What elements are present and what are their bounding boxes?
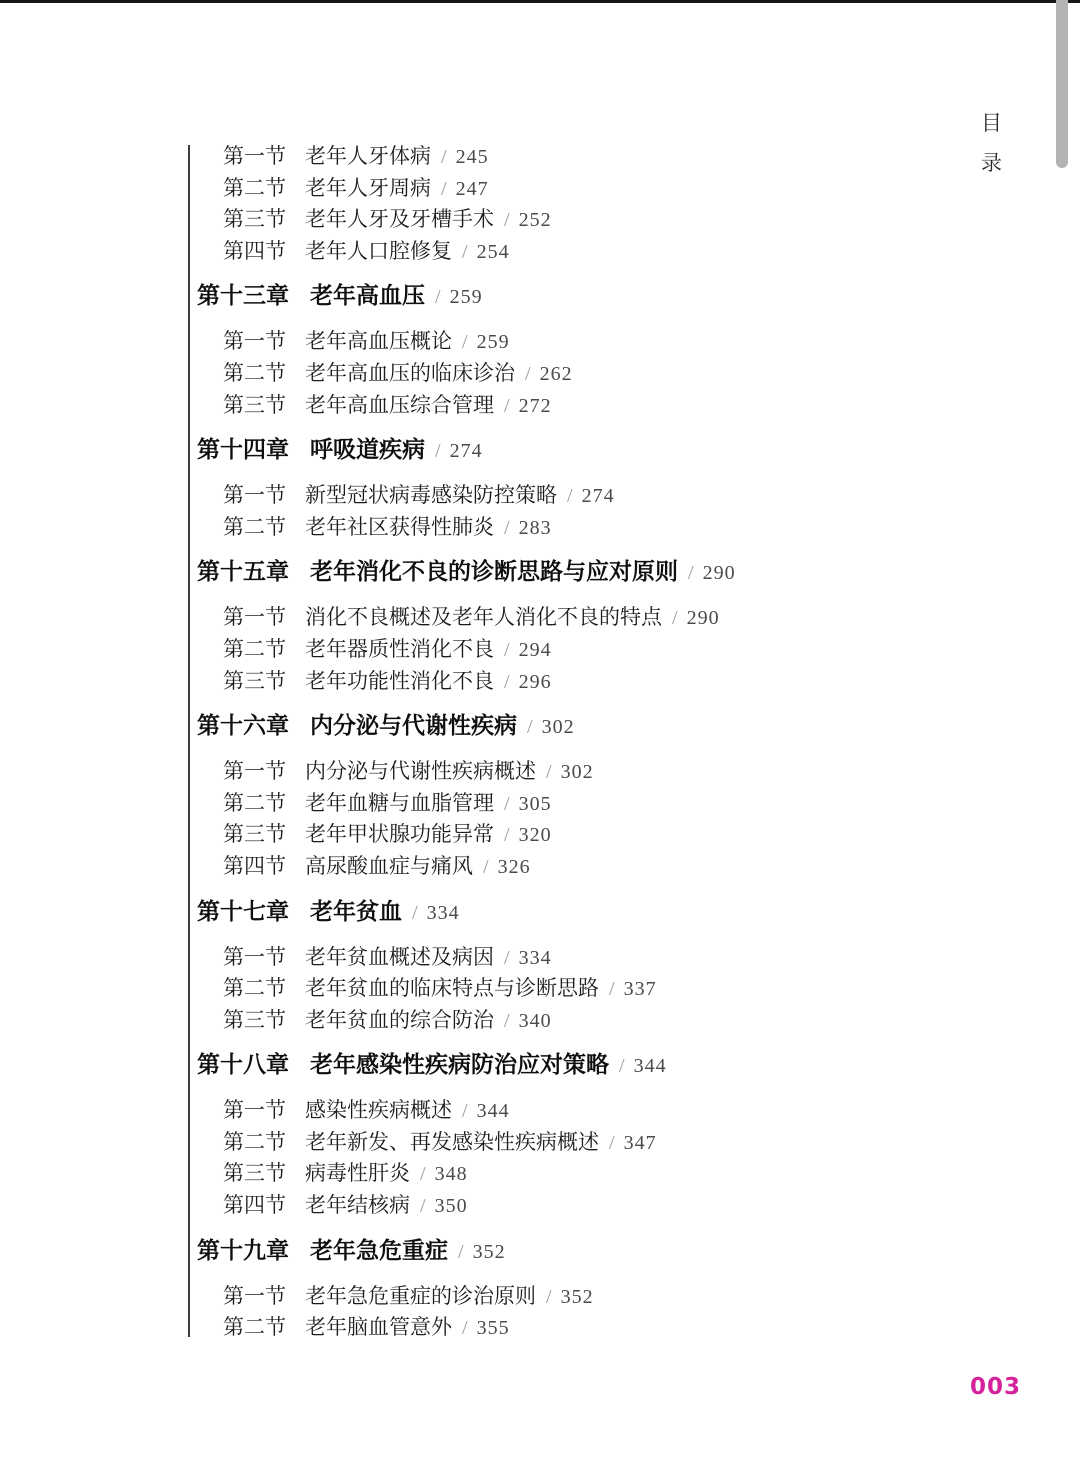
toc-page: 目 录 第一节老年人牙体病/245第二节老年人牙周病/247第三节老年人牙及牙槽… — [0, 0, 1080, 1469]
toc-section-entry[interactable]: 第二节老年脑血管意外/355 — [197, 1312, 877, 1344]
toc-section-page-number: 355 — [477, 1313, 510, 1345]
toc-section-entry[interactable]: 第二节老年人牙周病/247 — [197, 173, 877, 205]
scrollbar-thumb[interactable] — [1056, 0, 1068, 168]
page-separator: / — [504, 391, 510, 423]
page-separator: / — [420, 1159, 426, 1191]
toc-section-title: 高尿酸血症与痛风 — [305, 851, 473, 883]
toc-section-entry[interactable]: 第二节老年新发、再发感染性疾病概述/347 — [197, 1127, 877, 1159]
page-separator: / — [462, 1313, 468, 1345]
toc-section-page-number: 344 — [477, 1096, 510, 1128]
toc-section-label: 第三节 — [223, 390, 305, 422]
toc-chapter-entry[interactable]: 第十五章老年消化不良的诊断思路与应对原则/290 — [197, 556, 877, 588]
toc-section-title: 老年人口腔修复 — [305, 236, 452, 268]
toc-section-page-number: 254 — [477, 237, 510, 269]
toc-section-entry[interactable]: 第一节老年高血压概论/259 — [197, 326, 877, 358]
toc-section-page-number: 305 — [519, 789, 552, 821]
toc-section-entry[interactable]: 第一节感染性疾病概述/344 — [197, 1095, 877, 1127]
toc-chapter-label: 第十五章 — [197, 556, 310, 588]
margin-rule — [188, 145, 190, 1337]
toc-chapter-label: 第十八章 — [197, 1049, 310, 1081]
toc-chapter-entry[interactable]: 第十四章呼吸道疾病/274 — [197, 434, 877, 466]
toc-section-entry[interactable]: 第一节老年贫血概述及病因/334 — [197, 942, 877, 974]
toc-section-label: 第三节 — [223, 1158, 305, 1190]
toc-chapter-title: 老年急危重症 — [310, 1235, 448, 1267]
toc-section-entry[interactable]: 第二节老年高血压的临床诊治/262 — [197, 358, 877, 390]
toc-section-page-number: 274 — [582, 481, 615, 513]
toc-chapter-page-number: 352 — [473, 1236, 506, 1268]
toc-section-label: 第一节 — [223, 1281, 305, 1313]
page-separator: / — [462, 327, 468, 359]
page-separator: / — [504, 635, 510, 667]
toc-section-label: 第二节 — [223, 1127, 305, 1159]
toc-chapter-label: 第十四章 — [197, 434, 310, 466]
toc-section-page-number: 245 — [456, 142, 489, 174]
toc-section-title: 老年贫血概述及病因 — [305, 942, 494, 974]
toc-section-page-number: 302 — [561, 757, 594, 789]
toc-section-label: 第二节 — [223, 173, 305, 205]
page-separator: / — [504, 820, 510, 852]
toc-section-label: 第一节 — [223, 602, 305, 634]
page-separator: / — [672, 603, 678, 635]
page-separator: / — [504, 513, 510, 545]
toc-section-label: 第二节 — [223, 634, 305, 666]
toc-section-title: 病毒性肝炎 — [305, 1158, 410, 1190]
toc-section-label: 第四节 — [223, 236, 305, 268]
toc-section-label: 第三节 — [223, 204, 305, 236]
page-separator: / — [435, 281, 441, 313]
toc-section-label: 第三节 — [223, 819, 305, 851]
page-separator: / — [504, 1006, 510, 1038]
toc-section-entry[interactable]: 第三节老年高血压综合管理/272 — [197, 390, 877, 422]
toc-chapter-entry[interactable]: 第十八章老年感染性疾病防治应对策略/344 — [197, 1049, 877, 1081]
page-separator: / — [504, 205, 510, 237]
toc-chapter-entry[interactable]: 第十三章老年高血压/259 — [197, 280, 877, 312]
page-separator: / — [462, 237, 468, 269]
toc-list: 第一节老年人牙体病/245第二节老年人牙周病/247第三节老年人牙及牙槽手术/2… — [197, 141, 877, 1344]
toc-chapter-title: 内分泌与代谢性疾病 — [310, 710, 517, 742]
toc-chapter-page-number: 302 — [542, 711, 575, 743]
page-separator: / — [527, 711, 533, 743]
toc-section-title: 老年新发、再发感染性疾病概述 — [305, 1127, 599, 1159]
toc-section-entry[interactable]: 第四节老年人口腔修复/254 — [197, 236, 877, 268]
toc-chapter-entry[interactable]: 第十九章老年急危重症/352 — [197, 1235, 877, 1267]
toc-chapter-entry[interactable]: 第十七章老年贫血/334 — [197, 896, 877, 928]
toc-chapter-page-number: 344 — [634, 1050, 667, 1082]
toc-section-entry[interactable]: 第三节老年贫血的综合防治/340 — [197, 1005, 877, 1037]
toc-section-page-number: 247 — [456, 174, 489, 206]
toc-chapter-page-number: 259 — [450, 281, 483, 313]
toc-section-page-number: 290 — [687, 603, 720, 635]
toc-section-entry[interactable]: 第二节老年器质性消化不良/294 — [197, 634, 877, 666]
corner-label-char-1: 目 — [981, 112, 1002, 134]
toc-section-label: 第一节 — [223, 942, 305, 974]
toc-section-page-number: 348 — [435, 1159, 468, 1191]
toc-section-title: 老年贫血的临床特点与诊断思路 — [305, 973, 599, 1005]
page-separator: / — [609, 974, 615, 1006]
toc-section-entry[interactable]: 第一节老年人牙体病/245 — [197, 141, 877, 173]
toc-chapter-label: 第十六章 — [197, 710, 310, 742]
page-separator: / — [412, 897, 418, 929]
toc-section-title: 老年结核病 — [305, 1190, 410, 1222]
page-separator: / — [441, 142, 447, 174]
toc-chapter-title: 老年感染性疾病防治应对策略 — [310, 1049, 609, 1081]
page-separator: / — [688, 557, 694, 589]
toc-section-title: 老年高血压综合管理 — [305, 390, 494, 422]
toc-section-page-number: 296 — [519, 667, 552, 699]
window-top-edge — [0, 0, 1080, 3]
toc-section-label: 第一节 — [223, 480, 305, 512]
toc-section-title: 老年甲状腺功能异常 — [305, 819, 494, 851]
toc-section-page-number: 252 — [519, 205, 552, 237]
toc-section-label: 第二节 — [223, 358, 305, 390]
toc-section-page-number: 334 — [519, 943, 552, 975]
toc-section-page-number: 340 — [519, 1006, 552, 1038]
page-separator: / — [462, 1096, 468, 1128]
toc-section-entry[interactable]: 第二节老年血糖与血脂管理/305 — [197, 788, 877, 820]
page-separator: / — [441, 174, 447, 206]
toc-section-label: 第二节 — [223, 973, 305, 1005]
page-separator: / — [546, 1282, 552, 1314]
toc-section-page-number: 262 — [540, 359, 573, 391]
toc-section-entry[interactable]: 第三节病毒性肝炎/348 — [197, 1158, 877, 1190]
toc-chapter-title: 老年消化不良的诊断思路与应对原则 — [310, 556, 678, 588]
toc-chapter-page-number: 274 — [450, 435, 483, 467]
toc-section-page-number: 347 — [624, 1128, 657, 1160]
toc-section-title: 消化不良概述及老年人消化不良的特点 — [305, 602, 662, 634]
toc-section-label: 第四节 — [223, 851, 305, 883]
toc-section-entry[interactable]: 第四节高尿酸血症与痛风/326 — [197, 851, 877, 883]
toc-section-page-number: 352 — [561, 1282, 594, 1314]
toc-section-page-number: 326 — [498, 852, 531, 884]
toc-section-page-number: 320 — [519, 820, 552, 852]
toc-section-title: 老年脑血管意外 — [305, 1312, 452, 1344]
toc-section-page-number: 272 — [519, 391, 552, 423]
toc-section-label: 第四节 — [223, 1190, 305, 1222]
toc-section-title: 感染性疾病概述 — [305, 1095, 452, 1127]
page-separator: / — [483, 852, 489, 884]
page-number: 003 — [970, 1374, 1021, 1400]
toc-section-title: 老年人牙周病 — [305, 173, 431, 205]
toc-section-entry[interactable]: 第三节老年甲状腺功能异常/320 — [197, 819, 877, 851]
toc-section-title: 新型冠状病毒感染防控策略 — [305, 480, 557, 512]
toc-section-entry[interactable]: 第一节内分泌与代谢性疾病概述/302 — [197, 756, 877, 788]
toc-section-entry[interactable]: 第三节老年人牙及牙槽手术/252 — [197, 204, 877, 236]
toc-section-entry[interactable]: 第一节消化不良概述及老年人消化不良的特点/290 — [197, 602, 877, 634]
toc-section-label: 第三节 — [223, 666, 305, 698]
page-separator: / — [458, 1236, 464, 1268]
page-separator: / — [435, 435, 441, 467]
page-separator: / — [546, 757, 552, 789]
toc-chapter-label: 第十九章 — [197, 1235, 310, 1267]
page-separator: / — [619, 1050, 625, 1082]
toc-section-title: 老年人牙体病 — [305, 141, 431, 173]
toc-section-title: 老年贫血的综合防治 — [305, 1005, 494, 1037]
toc-section-entry[interactable]: 第二节老年贫血的临床特点与诊断思路/337 — [197, 973, 877, 1005]
toc-chapter-entry[interactable]: 第十六章内分泌与代谢性疾病/302 — [197, 710, 877, 742]
toc-section-page-number: 350 — [435, 1191, 468, 1223]
toc-section-title: 老年器质性消化不良 — [305, 634, 494, 666]
toc-section-entry[interactable]: 第三节老年功能性消化不良/296 — [197, 666, 877, 698]
toc-section-page-number: 259 — [477, 327, 510, 359]
toc-section-title: 内分泌与代谢性疾病概述 — [305, 756, 536, 788]
toc-section-page-number: 337 — [624, 974, 657, 1006]
toc-chapter-page-number: 334 — [427, 897, 460, 929]
toc-section-title: 老年高血压的临床诊治 — [305, 358, 515, 390]
page-separator: / — [504, 667, 510, 699]
page-separator: / — [504, 789, 510, 821]
toc-section-entry[interactable]: 第二节老年社区获得性肺炎/283 — [197, 512, 877, 544]
page-separator: / — [420, 1191, 426, 1223]
toc-section-entry[interactable]: 第四节老年结核病/350 — [197, 1190, 877, 1222]
page-separator: / — [609, 1128, 615, 1160]
toc-section-title: 老年功能性消化不良 — [305, 666, 494, 698]
toc-section-label: 第一节 — [223, 1095, 305, 1127]
toc-section-title: 老年急危重症的诊治原则 — [305, 1281, 536, 1313]
toc-section-entry[interactable]: 第一节老年急危重症的诊治原则/352 — [197, 1281, 877, 1313]
toc-section-title: 老年人牙及牙槽手术 — [305, 204, 494, 236]
toc-section-page-number: 294 — [519, 635, 552, 667]
toc-section-title: 老年高血压概论 — [305, 326, 452, 358]
toc-section-entry[interactable]: 第一节新型冠状病毒感染防控策略/274 — [197, 480, 877, 512]
page-separator: / — [567, 481, 573, 513]
toc-chapter-label: 第十三章 — [197, 280, 310, 312]
toc-chapter-title: 老年高血压 — [310, 280, 425, 312]
corner-label-char-2: 录 — [981, 152, 1002, 174]
toc-section-title: 老年社区获得性肺炎 — [305, 512, 494, 544]
page-separator: / — [504, 943, 510, 975]
toc-chapter-page-number: 290 — [703, 557, 736, 589]
toc-section-label: 第二节 — [223, 1312, 305, 1344]
toc-section-label: 第一节 — [223, 756, 305, 788]
toc-chapter-title: 老年贫血 — [310, 896, 402, 928]
toc-section-page-number: 283 — [519, 513, 552, 545]
toc-section-label: 第一节 — [223, 141, 305, 173]
page-separator: / — [525, 359, 531, 391]
toc-chapter-label: 第十七章 — [197, 896, 310, 928]
toc-section-label: 第二节 — [223, 788, 305, 820]
toc-section-label: 第二节 — [223, 512, 305, 544]
toc-chapter-title: 呼吸道疾病 — [310, 434, 425, 466]
corner-label-toc: 目 录 — [981, 112, 1002, 174]
toc-section-label: 第三节 — [223, 1005, 305, 1037]
toc-section-label: 第一节 — [223, 326, 305, 358]
toc-section-title: 老年血糖与血脂管理 — [305, 788, 494, 820]
